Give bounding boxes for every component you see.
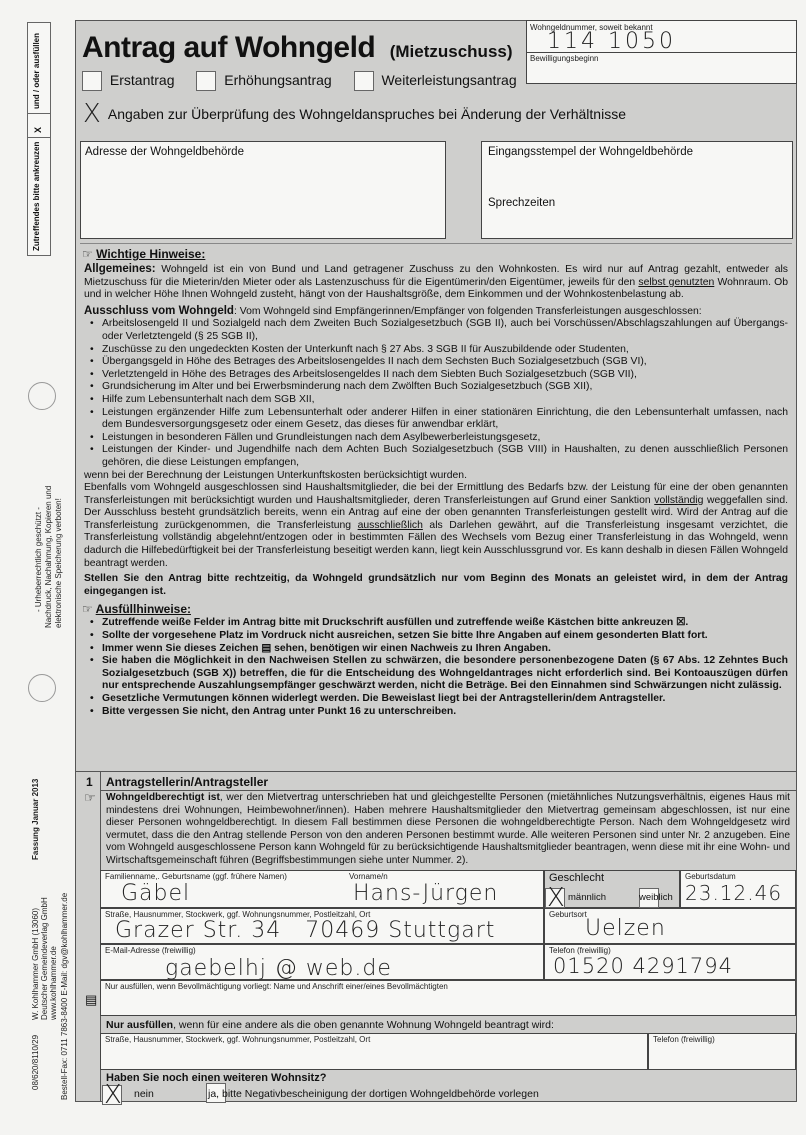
version-label: Fassung Januar 2013: [31, 779, 40, 860]
proxy-box[interactable]: Nur ausfüllen, wenn Bevollmächtigung vor…: [100, 980, 796, 1016]
copyright-line-3: elektronische Speicherung verboten!: [54, 498, 63, 628]
label-male: männlich: [568, 892, 606, 903]
proxy-label: Nur ausfüllen, wenn Bevollmächtigung vor…: [105, 982, 448, 991]
checkbox-second-residence-no[interactable]: [102, 1085, 122, 1105]
fill-hints-heading: ☞ Ausfüllhinweise:: [82, 602, 792, 616]
timing-note: Stellen Sie den Antrag bitte rechtzeitig…: [80, 570, 792, 598]
hints-exclusion: Ausschluss vom Wohngeld: Vom Wohngeld si…: [80, 302, 792, 319]
other-address-box[interactable]: Straße, Hausnummer, Stockwerk, ggf. Wohn…: [100, 1033, 648, 1070]
form-title-row: Antrag auf Wohngeld (Mietzuschuss): [82, 31, 513, 65]
exclusion-item: Leistungen ergänzender Hilfe zum Lebensu…: [92, 407, 788, 432]
form-code: 08/620/8110/29: [31, 1035, 40, 1090]
wohngeldnummer-field[interactable]: 114 1050: [547, 29, 676, 54]
intro-lead: Wohngeldberechtigt ist: [106, 792, 220, 803]
firstname-label: Vorname/n: [349, 872, 388, 881]
birthdate-field[interactable]: 23.12.46: [685, 881, 782, 905]
pointing-hand-icon: ☞: [82, 247, 93, 261]
publisher-3: www.kohlhammer.de: [49, 946, 58, 1020]
legend-fill-text: Zutreffendes bitte ankreuzen: [32, 142, 41, 251]
firstname-field[interactable]: Hans-Jürgen: [353, 881, 498, 906]
surname-field[interactable]: Gäbel: [121, 881, 190, 906]
authority-address-box[interactable]: Adresse der Wohngeldbehörde: [80, 141, 446, 239]
authority-address-label: Adresse der Wohngeldbehörde: [85, 146, 244, 158]
stamp-label: Eingangsstempel der Wohngeldbehörde: [488, 146, 693, 158]
exclusion-item: Zuschüsse zu den ungedeckten Kosten der …: [92, 344, 788, 357]
birthplace-label: Geburtsort: [549, 910, 587, 919]
hints-title: Wichtige Hinweise:: [96, 247, 205, 261]
copyright-line-2: Nachdruck, Nachahmung, Kopieren und: [44, 486, 53, 628]
fill-legend: Zutreffendes bitte ankreuzen X und / ode…: [27, 22, 51, 256]
punch-hole-top: [28, 382, 56, 410]
application-type-row: Erstantrag Erhöhungsantrag Weiterleistun…: [82, 71, 517, 91]
office-hours-label: Sprechzeiten: [488, 197, 555, 209]
fill-hint-item: Bitte vergessen Sie nicht, den Antrag un…: [92, 706, 788, 719]
stamp-box: Eingangsstempel der Wohngeldbehörde Spre…: [481, 141, 793, 239]
fill-hints-title: Ausfüllhinweise:: [96, 602, 191, 616]
checkbox-weiterleistungsantrag[interactable]: [354, 71, 374, 91]
label-review: Angaben zur Überprüfung des Wohngeldansp…: [108, 106, 626, 122]
exclusion-item: Leistungen in besonderen Fällen und Grun…: [92, 432, 788, 445]
birthplace-field[interactable]: Uelzen: [585, 916, 666, 941]
gender-box: Geschlecht männlich weiblich: [544, 870, 680, 908]
birthplace-box: Geburtsort Uelzen: [544, 908, 796, 944]
general-underlined: selbst genutzten: [638, 277, 714, 288]
checkbox-male[interactable]: [545, 888, 565, 908]
intro-text: , wer den Mietvertrag unterschrieben hat…: [106, 792, 790, 866]
phone-field[interactable]: 01520 4291794: [553, 954, 733, 978]
wohngeld-form: Antrag auf Wohngeld (Mietzuschuss) Ersta…: [75, 20, 797, 1102]
email-field[interactable]: gaebelhj @ web.de: [165, 956, 392, 981]
exclusion-condition: wenn bei der Berechnung der Leistungen U…: [80, 470, 792, 483]
fill-hint-item: Zutreffende weiße Felder im Antrag bitte…: [92, 617, 788, 630]
hints-general: Allgemeines: Wohngeld ist ein von Bund u…: [80, 263, 792, 302]
legend-and-text: und / oder ausfüllen: [32, 33, 41, 109]
bewilligungsbeginn-field[interactable]: [530, 65, 790, 81]
fill-hint-item: Gesetzliche Vermutungen können widerlegt…: [92, 693, 788, 706]
pointing-hand-icon: ☞: [84, 790, 96, 806]
checkbox-review[interactable]: [82, 105, 102, 125]
fill-hint-item: Sie haben die Möglichkeit in den Nachwei…: [92, 655, 788, 693]
exclusion-item: Grundsicherung im Alter und bei Erwerbsm…: [92, 381, 788, 394]
wohngeldnummer-box: Wohngeldnummer, soweit bekannt 114 1050 …: [526, 20, 797, 84]
general-lead: Allgemeines:: [84, 263, 156, 275]
name-field-box: Familienname,. Geburtsname (ggf. frühere…: [100, 870, 544, 908]
bewilligungsbeginn-label: Bewilligungsbeginn: [530, 54, 599, 63]
fill-hints-list: Zutreffende weiße Felder im Antrag bitte…: [80, 617, 792, 718]
exclusion-item: Arbeitslosengeld II und Sozialgeld nach …: [92, 318, 788, 343]
hints-heading: ☞ Wichtige Hinweise:: [82, 247, 792, 261]
publisher-1: W. Kohlhammer GmbH (13060): [31, 908, 40, 1020]
publisher-2: Deutscher Gemeindeverlag GmbH: [40, 897, 49, 1020]
label-second-residence-yes: ja, bitte Negativbescheinigung der dorti…: [208, 1088, 539, 1100]
form-subtitle: (Mietzuschuss): [390, 42, 513, 61]
important-hints: ☞ Wichtige Hinweise: Allgemeines: Wohnge…: [80, 243, 792, 782]
exclusion-item: Hilfe zum Lebensunterhalt nach dem SGB X…: [92, 394, 788, 407]
review-row: Angaben zur Überprüfung des Wohngeldansp…: [82, 105, 626, 125]
form-title: Antrag auf Wohngeld: [82, 31, 375, 64]
address-box: Straße, Hausnummer, Stockwerk, ggf. Wohn…: [100, 908, 544, 944]
section-number: 1: [86, 775, 93, 789]
phone-box: Telefon (freiwillig) 01520 4291794: [544, 944, 796, 980]
other-home-heading: Nur ausfüllen, wenn für eine andere als …: [106, 1019, 554, 1031]
birthdate-label: Geburtsdatum: [685, 872, 736, 881]
exclusion-list: Arbeitslosengeld II und Sozialgeld nach …: [80, 318, 792, 469]
email-label: E-Mail-Adresse (freiwillig): [105, 946, 196, 955]
section-intro: Wohngeldberechtigt ist, wer den Mietvert…: [106, 792, 790, 868]
other-phone-label: Telefon (freiwillig): [653, 1035, 715, 1044]
other-address-label: Straße, Hausnummer, Stockwerk, ggf. Wohn…: [105, 1035, 370, 1044]
other-home-text: , wenn für eine andere als die oben gena…: [173, 1019, 554, 1031]
pointing-hand-icon: ☞: [82, 602, 93, 616]
fill-hint-item: Sollte der vorgesehene Platz im Vordruck…: [92, 630, 788, 643]
also-excluded-u2: ausschließlich: [358, 520, 423, 531]
section-applicant: 1 ☞ ▤ Antragstellerin/Antragsteller Wohn…: [76, 771, 796, 1102]
section-number-column: [76, 772, 101, 1102]
exclusion-lead: Ausschluss vom Wohngeld: [84, 305, 234, 317]
legend-x: X: [33, 127, 43, 133]
copyright-line-1: - Urheberrechtlich geschützt -: [34, 507, 43, 612]
label-weiterleistungsantrag: Weiterleistungsantrag: [381, 72, 516, 88]
address-field[interactable]: Grazer Str. 34 70469 Stuttgart: [115, 918, 495, 943]
exclusion-item: Übergangsgeld in Höhe des Betrages des A…: [92, 356, 788, 369]
checkbox-erstantrag[interactable]: [82, 71, 102, 91]
exclusion-text: : Vom Wohngeld sind Empfängerinnen/Empfä…: [234, 306, 702, 317]
label-erhoehungsantrag: Erhöhungsantrag: [224, 72, 331, 88]
exclusion-item: Leistungen der Kinder- und Jugendhilfe n…: [92, 444, 788, 469]
proof-document-icon: ▤: [85, 992, 97, 1008]
surname-label: Familienname,. Geburtsname (ggf. frühere…: [105, 872, 287, 881]
punch-hole-bottom: [28, 674, 56, 702]
fill-hint-item: Immer wenn Sie dieses Zeichen ▤ sehen, b…: [92, 643, 788, 656]
label-second-residence-no: nein: [134, 1088, 154, 1100]
birthdate-box: Geburtsdatum 23.12.46: [680, 870, 796, 908]
checkbox-erhoehungsantrag[interactable]: [196, 71, 216, 91]
exclusion-item: Verletztengeld in Höhe des Betrages des …: [92, 369, 788, 382]
label-female: weiblich: [639, 892, 673, 903]
other-phone-box[interactable]: Telefon (freiwillig): [648, 1033, 796, 1070]
other-home-lead: Nur ausfüllen: [106, 1019, 173, 1031]
email-box: E-Mail-Adresse (freiwillig) gaebelhj @ w…: [100, 944, 544, 980]
label-erstantrag: Erstantrag: [110, 72, 175, 88]
also-excluded: Ebenfalls vom Wohngeld ausgeschlossen si…: [80, 482, 792, 570]
also-excluded-u1: vollständig: [654, 495, 703, 506]
order-contact: Bestell-Fax: 0711 7863-8400 E-Mail: dgv@…: [60, 893, 69, 1100]
section-title: Antragstellerin/Antragsteller: [106, 775, 268, 789]
